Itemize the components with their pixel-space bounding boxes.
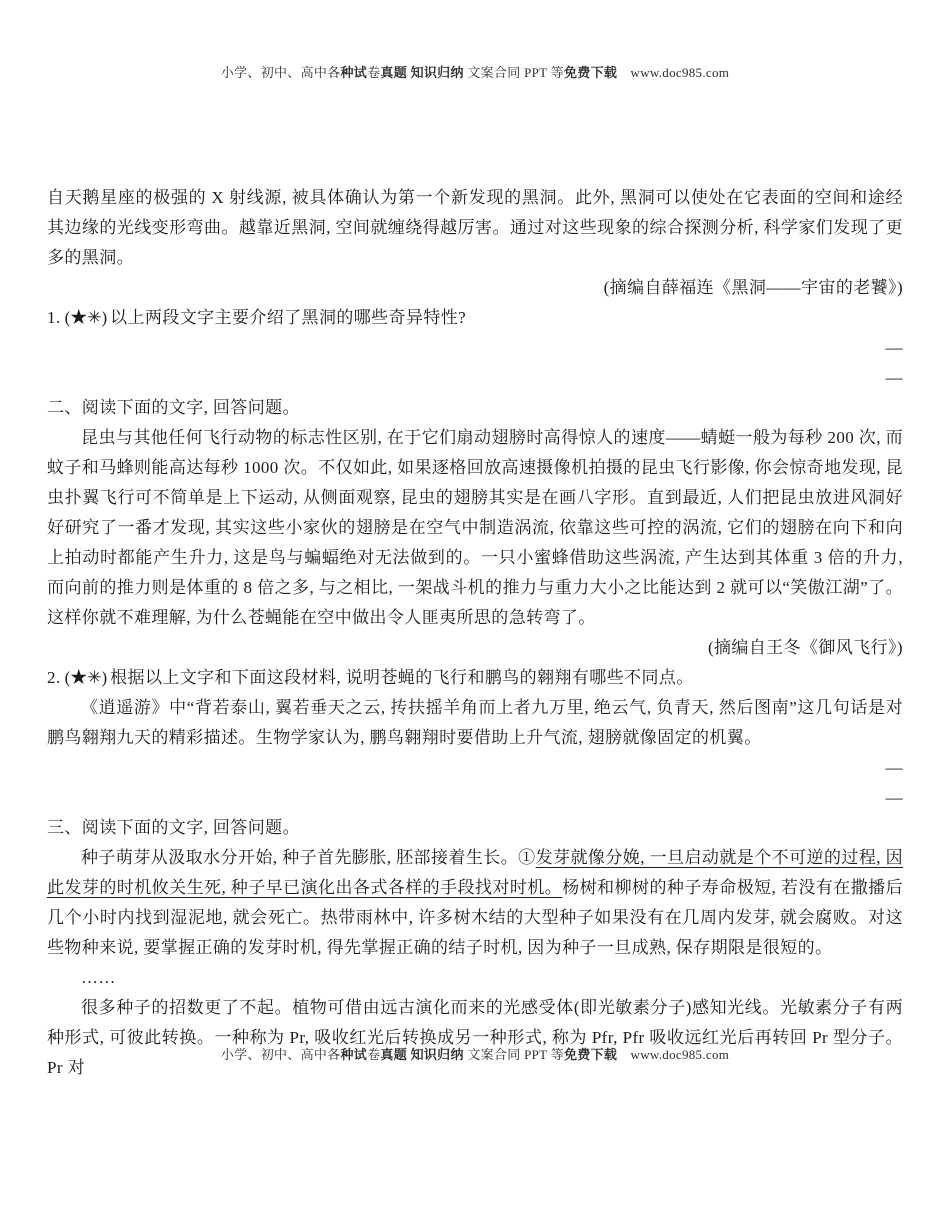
watermark-segment: 卷 bbox=[367, 1047, 380, 1062]
watermark-segment: 文案合同 PPT 等 bbox=[464, 65, 564, 80]
paragraph-text: 种子萌芽从汲取水分开始, 种子首先膨胀, 胚部接着生长。 bbox=[81, 848, 518, 867]
circled-number-marker: ① bbox=[518, 848, 535, 867]
question-1: 1.(★✳)以上两段文字主要介绍了黑洞的哪些奇异特性? bbox=[47, 303, 903, 333]
watermark-segment: 种试 bbox=[341, 1047, 368, 1062]
watermark-segment: 免费下载 bbox=[564, 1047, 617, 1062]
section-3-heading: 三、阅读下面的文字, 回答问题。 bbox=[47, 813, 903, 843]
answer-line: — bbox=[47, 783, 903, 813]
header-watermark: 小学、初中、高中各种试卷真题 知识归纳 文案合同 PPT 等免费下载 www.d… bbox=[0, 64, 950, 82]
question-text: 根据以上文字和下面这段材料, 说明苍蝇的飞行和鹏鸟的翱翔有哪些不同点。 bbox=[110, 668, 694, 687]
section-2-citation: (摘编自王冬《御风飞行》) bbox=[47, 633, 903, 663]
watermark-segment: 免费下载 bbox=[564, 65, 617, 80]
watermark-segment: 知识归纳 bbox=[407, 65, 464, 80]
question-text: 以上两段文字主要介绍了黑洞的哪些奇异特性? bbox=[110, 308, 466, 327]
ellipsis-line: …… bbox=[47, 963, 903, 993]
intro-citation: (摘编自薛福连《黑洞——宇宙的老饕》) bbox=[47, 273, 903, 303]
answer-line: — bbox=[47, 363, 903, 393]
watermark-segment: 小学、初中、高中各 bbox=[221, 65, 341, 80]
section-3-paragraph-2: 很多种子的招数更了不起。植物可借由远古演化而来的光感受体(即光敏素分子)感知光线… bbox=[47, 993, 903, 1083]
document-page: 小学、初中、高中各种试卷真题 知识归纳 文案合同 PPT 等免费下载 www.d… bbox=[0, 0, 950, 1227]
reading-material: 《逍遥游》中“背若泰山, 翼若垂天之云, 抟扶摇羊角而上者九万里, 绝云气, 负… bbox=[47, 693, 903, 753]
difficulty-rating: (★✳) bbox=[65, 308, 108, 327]
watermark-url: www.doc985.com bbox=[617, 65, 729, 80]
question-2: 2.(★✳)根据以上文字和下面这段材料, 说明苍蝇的飞行和鹏鸟的翱翔有哪些不同点… bbox=[47, 663, 903, 693]
section-2-heading: 二、阅读下面的文字, 回答问题。 bbox=[47, 393, 903, 423]
section-2-paragraph: 昆虫与其他任何飞行动物的标志性区别, 在于它们扇动翅膀时高得惊人的速度——蜻蜓一… bbox=[47, 423, 903, 633]
watermark-segment: 知识归纳 bbox=[407, 1047, 464, 1062]
section-3-paragraph-1: 种子萌芽从汲取水分开始, 种子首先膨胀, 胚部接着生长。①发芽就像分娩, 一旦启… bbox=[47, 843, 903, 963]
document-body: 自天鹅星座的极强的 X 射线源, 被具体确认为第一个新发现的黑洞。此外, 黑洞可… bbox=[47, 183, 903, 1083]
intro-paragraph: 自天鹅星座的极强的 X 射线源, 被具体确认为第一个新发现的黑洞。此外, 黑洞可… bbox=[47, 183, 903, 273]
question-number: 1. bbox=[47, 308, 61, 327]
watermark-segment: 真题 bbox=[380, 65, 407, 80]
watermark-segment: 种试 bbox=[341, 65, 368, 80]
footer-watermark: 小学、初中、高中各种试卷真题 知识归纳 文案合同 PPT 等免费下载 www.d… bbox=[0, 1046, 950, 1064]
watermark-segment: 文案合同 PPT 等 bbox=[464, 1047, 564, 1062]
watermark-segment: 卷 bbox=[367, 65, 380, 80]
question-number: 2. bbox=[47, 668, 61, 687]
answer-line: — bbox=[47, 333, 903, 363]
watermark-segment: 真题 bbox=[380, 1047, 407, 1062]
answer-line: — bbox=[47, 753, 903, 783]
watermark-segment: 小学、初中、高中各 bbox=[221, 1047, 341, 1062]
difficulty-rating: (★✳) bbox=[65, 668, 108, 687]
watermark-url: www.doc985.com bbox=[617, 1047, 729, 1062]
